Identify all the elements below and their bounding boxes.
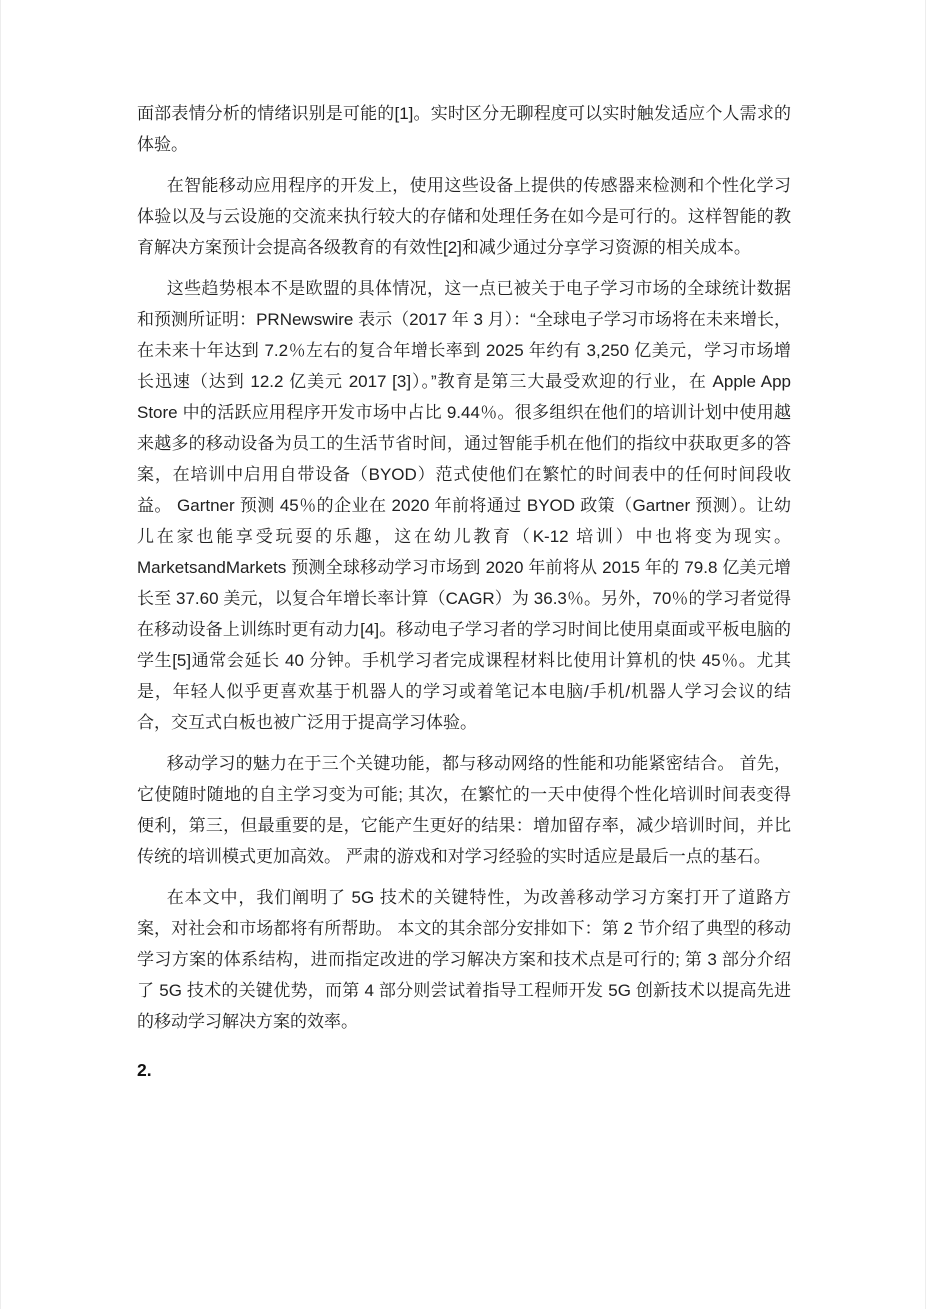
paragraph-3: 这些趋势根本不是欧盟的具体情况，这一点已被关于电子学习市场的全球统计数据和预测所… (137, 273, 791, 738)
paragraph-4: 移动学习的魅力在于三个关键功能，都与移动网络的性能和功能紧密结合。 首先，它使随… (137, 748, 791, 872)
document-body: 面部表情分析的情绪识别是可能的[1]。实时区分无聊程度可以实时触发适应个人需求的… (137, 98, 791, 1037)
paragraph-2: 在智能移动应用程序的开发上，使用这些设备上提供的传感器来检测和个性化学习体验以及… (137, 170, 791, 263)
paragraph-1: 面部表情分析的情绪识别是可能的[1]。实时区分无聊程度可以实时触发适应个人需求的… (137, 98, 791, 160)
paragraph-5: 在本文中，我们阐明了 5G 技术的关键特性，为改善移动学习方案打开了道路方案，对… (137, 882, 791, 1037)
document-page: 面部表情分析的情绪识别是可能的[1]。实时区分无聊程度可以实时触发适应个人需求的… (0, 0, 926, 1309)
section-heading: 2. (137, 1059, 791, 1081)
